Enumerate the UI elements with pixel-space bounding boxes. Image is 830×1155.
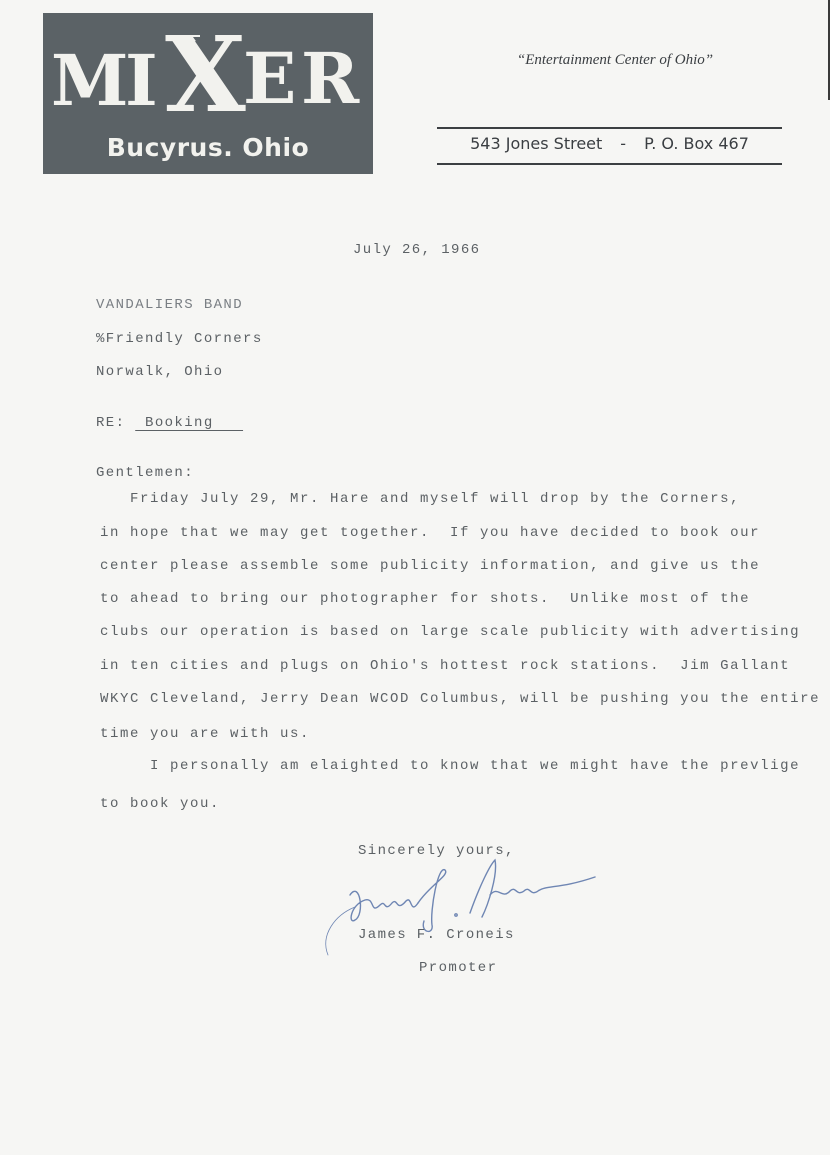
logo-letter-r: R — [301, 44, 359, 114]
subject-label: RE: — [96, 415, 125, 431]
divider-top — [437, 127, 782, 129]
logo-wordmark: M I X E R — [43, 25, 373, 115]
recipient-line: VANDALIERS BAND — [96, 297, 243, 313]
recipient-line: %Friendly Corners — [96, 331, 263, 347]
signer-name: James F. Croneis — [358, 927, 515, 943]
body-line: to ahead to bring our photographer for s… — [100, 591, 750, 607]
signer-title: Promoter — [419, 960, 497, 976]
body-line: in hope that we may get together. If you… — [100, 525, 760, 541]
po-box: P. O. Box 467 — [644, 134, 749, 153]
mixer-logo: M I X E R Bucyrus. Ohio — [43, 13, 373, 174]
letterhead-address: 543 Jones Street - P. O. Box 467 — [437, 134, 782, 153]
logo-letter-e: E — [243, 44, 296, 114]
body-line: time you are with us. — [100, 726, 310, 742]
body-line: I personally am elaighted to know that w… — [100, 758, 800, 774]
body-line: WKYC Cleveland, Jerry Dean WCOD Columbus… — [100, 691, 820, 707]
subject-value: Booking — [135, 415, 243, 431]
body-line: clubs our operation is based on large sc… — [100, 624, 800, 640]
street-address: 543 Jones Street — [470, 134, 602, 153]
address-separator: - — [620, 134, 626, 153]
logo-city: Bucyrus. Ohio — [43, 133, 373, 162]
arrow-up-icon — [193, 91, 213, 125]
body-line: Friday July 29, Mr. Hare and myself will… — [100, 491, 740, 507]
salutation: Gentlemen: — [96, 465, 194, 481]
tagline: “Entertainment Center of Ohio” — [430, 52, 800, 69]
logo-letter-m: M — [51, 46, 129, 116]
divider-bottom — [437, 163, 782, 165]
body-line: in ten cities and plugs on Ohio's hottes… — [100, 658, 790, 674]
letter-date: July 26, 1966 — [353, 242, 480, 258]
body-line: center please assemble some publicity in… — [100, 558, 760, 574]
handwritten-signature-icon — [320, 855, 610, 965]
arrow-down-icon — [193, 19, 213, 53]
subject-line: RE: Booking — [96, 415, 243, 431]
recipient-line: Norwalk, Ohio — [96, 364, 223, 380]
body-line: to book you. — [100, 796, 220, 812]
logo-letter-i: I — [125, 46, 158, 116]
